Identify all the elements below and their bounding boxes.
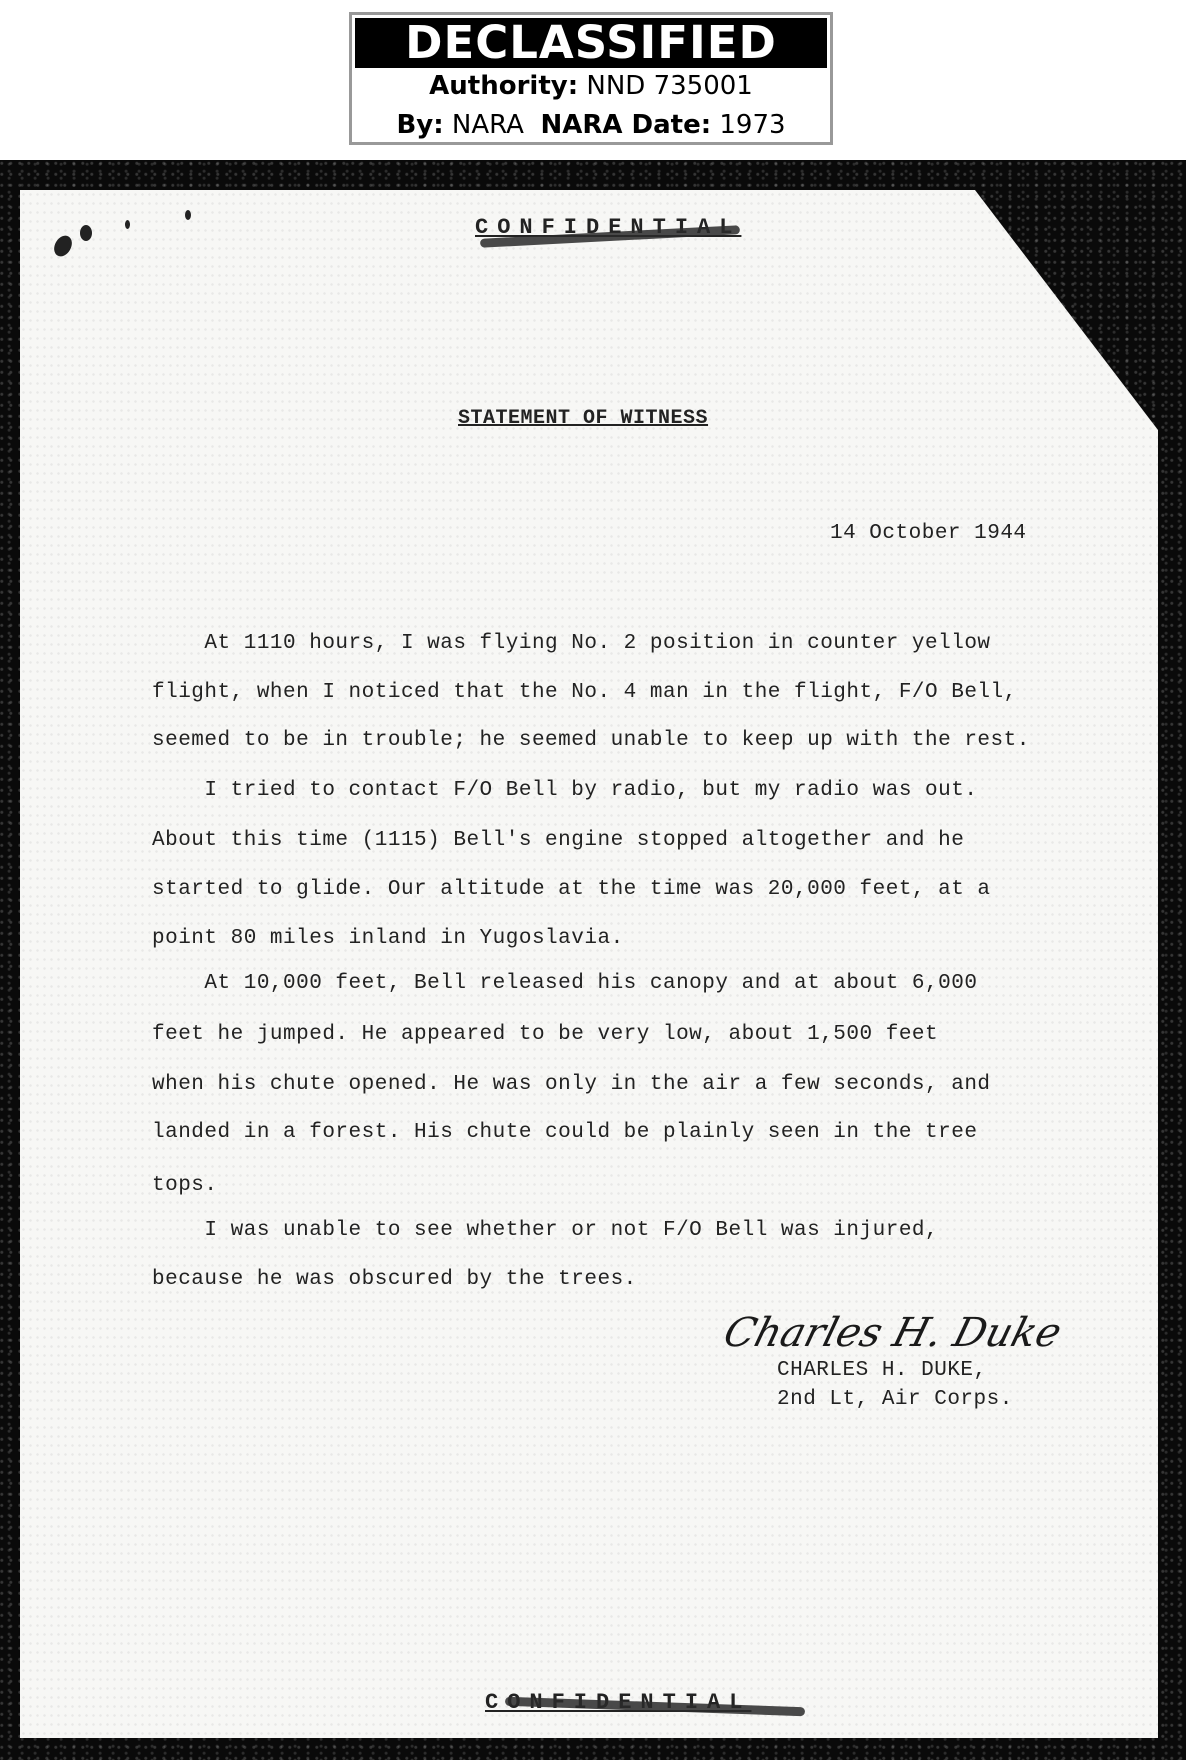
body-line: feet he jumped. He appeared to be very l… xyxy=(152,1023,938,1046)
body-line: because he was obscured by the trees. xyxy=(152,1268,637,1291)
ink-blot xyxy=(125,220,130,229)
stamp-title: DECLASSIFIED xyxy=(355,18,827,68)
stamp-authority: Authority: NND 735001 xyxy=(352,71,830,101)
body-line: landed in a forest. His chute could be p… xyxy=(152,1121,977,1144)
declassified-stamp: DECLASSIFIED Authority: NND 735001 By: N… xyxy=(349,12,833,145)
signer-rank: 2nd Lt, Air Corps. xyxy=(777,1388,1013,1411)
date-label: NARA Date: xyxy=(540,110,711,140)
document-date: 14 October 1944 xyxy=(830,522,1027,545)
body-line: At 10,000 feet, Bell released his canopy… xyxy=(152,972,977,995)
body-line: seemed to be in trouble; he seemed unabl… xyxy=(152,729,1030,752)
body-line: I tried to contact F/O Bell by radio, bu… xyxy=(152,779,977,802)
body-line: tops. xyxy=(152,1174,218,1197)
body-line: point 80 miles inland in Yugoslavia. xyxy=(152,927,624,950)
body-line: when his chute opened. He was only in th… xyxy=(152,1073,991,1096)
body-line: flight, when I noticed that the No. 4 ma… xyxy=(152,681,1017,704)
ink-blot xyxy=(51,232,76,259)
by-label: By: xyxy=(396,110,443,140)
body-line: I was unable to see whether or not F/O B… xyxy=(152,1219,938,1242)
date-value: 1973 xyxy=(719,110,785,140)
signer-name: CHARLES H. DUKE, xyxy=(777,1359,987,1382)
body-line: At 1110 hours, I was flying No. 2 positi… xyxy=(152,632,991,655)
by-value: NARA xyxy=(452,110,524,140)
body-line: About this time (1115) Bell's engine sto… xyxy=(152,829,964,852)
ink-blot xyxy=(185,210,191,220)
handwritten-signature: Charles H. Duke xyxy=(719,1310,1066,1356)
authority-value: NND 735001 xyxy=(586,71,752,101)
scan-background xyxy=(0,160,1186,1760)
stamp-by-date: By: NARA NARA Date: 1973 xyxy=(352,110,830,140)
authority-label: Authority: xyxy=(429,71,578,101)
body-line: started to glide. Our altitude at the ti… xyxy=(152,878,991,901)
document-title: STATEMENT OF WITNESS xyxy=(458,407,708,430)
ink-blot xyxy=(80,225,92,241)
